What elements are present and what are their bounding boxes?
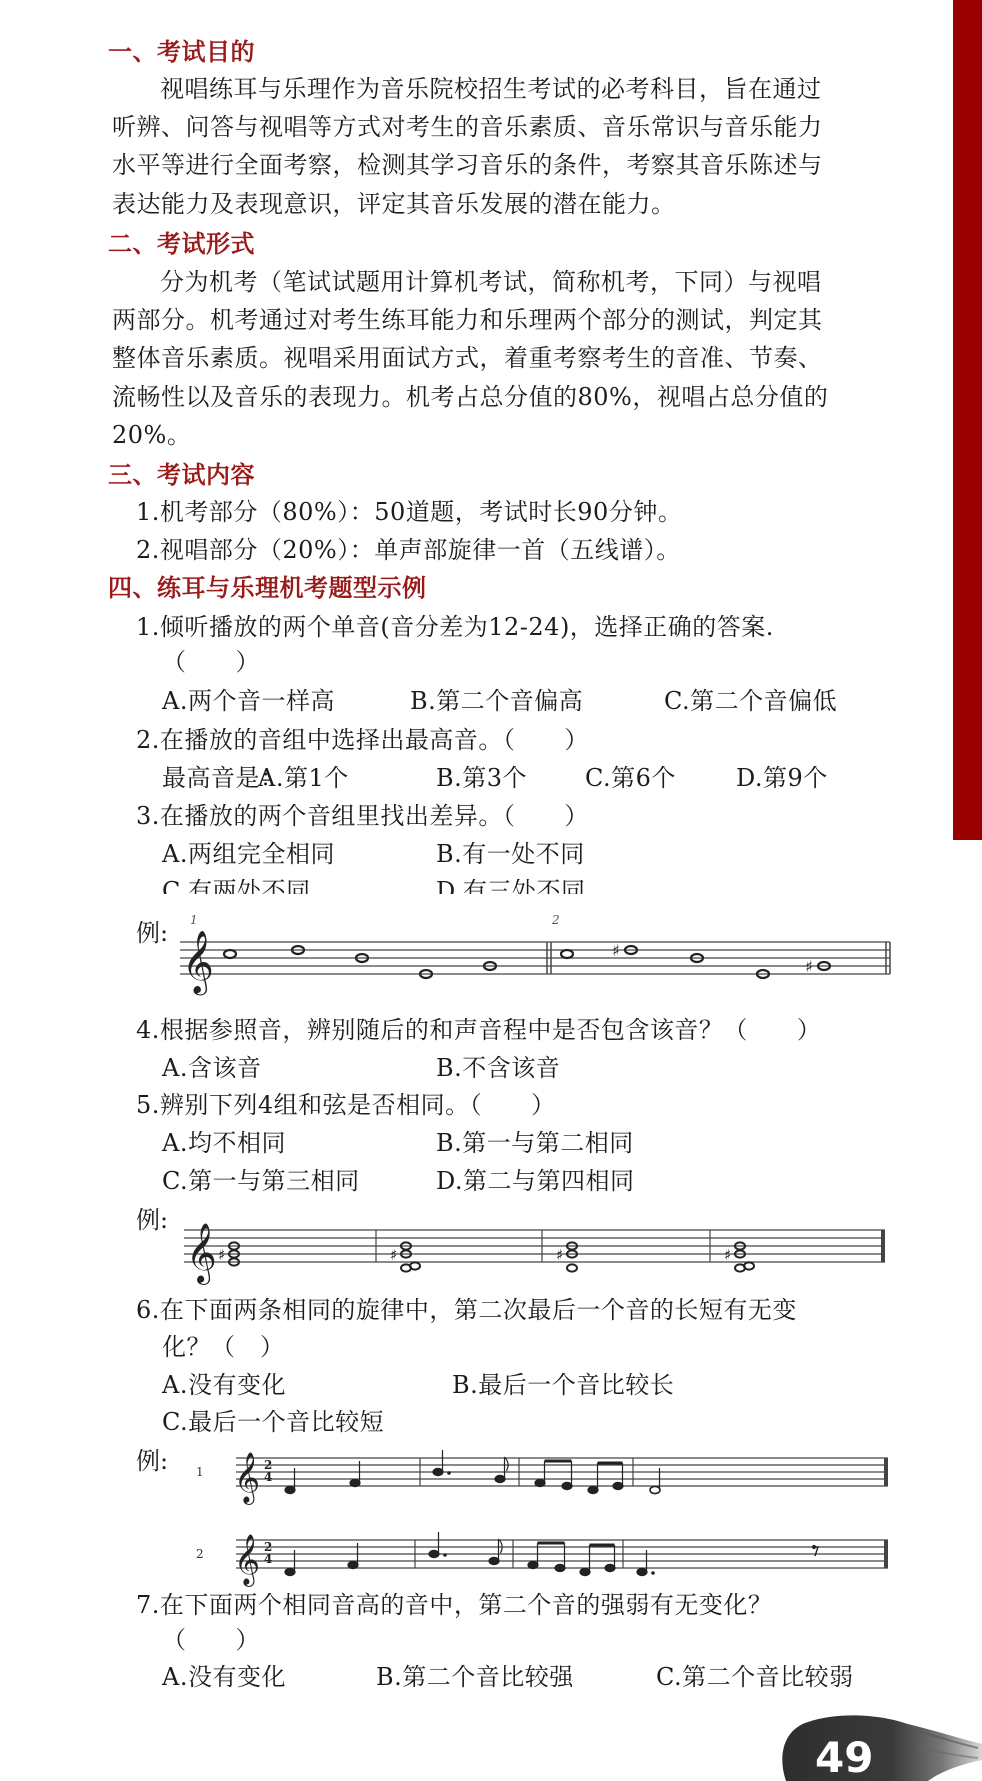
option-b: B.不含该音 — [436, 1053, 560, 1083]
paragraph-line: 整体音乐素质。视唱采用面试方式，着重考察考生的音准、节奏、 — [112, 343, 823, 373]
svg-text:2: 2 — [551, 913, 560, 927]
option-a: A.两个音一样高 — [162, 686, 335, 716]
option-b: B.第二个音偏高 — [410, 686, 583, 716]
section-heading-purpose: 一、考试目的 — [108, 37, 255, 67]
question-2: 2.在播放的音组中选择出最高音。（ ） — [136, 725, 589, 755]
ink-brush-decoration — [768, 1708, 982, 1781]
content-item: 2.视唱部分（20%）：单声部旋律一首（五线谱）。 — [136, 535, 681, 565]
paragraph-line: 分为机考（笔试试题用计算机考试，简称机考，下同）与视唱 — [160, 267, 822, 297]
sharp-icon: ♯ — [724, 1246, 731, 1264]
question-6-options-row2: C.最后一个音比较短 — [162, 1407, 862, 1437]
option-a: A.含该音 — [162, 1053, 261, 1083]
svg-text:2: 2 — [196, 1547, 204, 1561]
treble-clef-icon: 𝄞 — [234, 1452, 260, 1505]
rhythm-staves-q6: 1 2 𝄞 𝄞 24 24 — [190, 1440, 890, 1590]
page-number: 49 — [815, 1735, 873, 1781]
option-c: C.有两处不同 — [162, 876, 311, 894]
question-3-options-row2: C.有两处不同 D.有三处不同 — [162, 876, 862, 894]
answer-blank: （ ） — [162, 1625, 260, 1655]
option-c: C.第一与第三相同 — [162, 1166, 360, 1196]
sharp-icon: ♯ — [218, 1246, 225, 1264]
paragraph-line: 视唱练耳与乐理作为音乐院校招生考试的必考科目，旨在通过 — [160, 74, 822, 104]
question-1-options: A.两个音一样高 B.第二个音偏高 C.第二个音偏低 — [162, 686, 862, 716]
question-5-options-row1: A.均不相同 B.第一与第二相同 — [162, 1128, 862, 1158]
section-heading-examples: 四、练耳与乐理机考题型示例 — [108, 573, 427, 603]
paragraph-line: 听辨、问答与视唱等方式对考生的音乐素质、音乐常识与音乐能力 — [112, 112, 823, 142]
answer-blank: （ ） — [162, 647, 260, 677]
example-label: 例: — [136, 1205, 168, 1235]
question-1: 1.倾听播放的两个单音(音分差为12-24)，选择正确的答案. — [136, 612, 774, 642]
question-7: 7.在下面两个相同音高的音中，第二个音的强弱有无变化？ — [136, 1590, 772, 1620]
question-2-options: 最高音是： A.第1个 B.第3个 C.第6个 D.第9个 — [162, 763, 862, 793]
sharp-icon: ♯ — [612, 941, 620, 960]
question-4: 4.根据参照音，辨别随后的和声音程中是否包含该音？（ ） — [136, 1015, 821, 1045]
option-b: B.第一与第二相同 — [436, 1128, 634, 1158]
option-d: D.有三处不同 — [436, 876, 586, 894]
question-3-options-row1: A.两组完全相同 B.有一处不同 — [162, 839, 862, 869]
option-a: A.两组完全相同 — [162, 839, 335, 869]
option-a: A.均不相同 — [162, 1128, 286, 1158]
sharp-icon: ♯ — [556, 1246, 563, 1264]
option-c: C.第二个音比较弱 — [656, 1662, 854, 1692]
svg-text:1: 1 — [196, 1465, 204, 1479]
paragraph-line: 两部分。机考通过对考生练耳能力和乐理两个部分的测试，判定其 — [112, 305, 823, 335]
option-c: C.第二个音偏低 — [664, 686, 837, 716]
question-6-cont: 化？（ ） — [162, 1332, 285, 1362]
option-d: D.第9个 — [736, 763, 828, 793]
treble-clef-icon: 𝄞 — [186, 1223, 217, 1285]
question-6: 6.在下面两条相同的旋律中，第二次最后一个音的长短有无变 — [136, 1295, 797, 1325]
option-c: C.第6个 — [585, 763, 676, 793]
svg-text:4: 4 — [264, 1552, 272, 1566]
option-a: A.第1个 — [258, 763, 349, 793]
question-5-options-row2: C.第一与第三相同 D.第二与第四相同 — [162, 1166, 862, 1196]
option-b: B.最后一个音比较长 — [452, 1370, 674, 1400]
section-heading-format: 二、考试形式 — [108, 229, 255, 259]
option-b: B.有一处不同 — [436, 839, 585, 869]
treble-clef-icon: 𝄞 — [182, 930, 214, 996]
question-4-options: A.含该音 B.不含该音 — [162, 1053, 862, 1083]
question-7-options: A.没有变化 B.第二个音比较强 C.第二个音比较弱 — [162, 1662, 882, 1692]
svg-text:1: 1 — [190, 913, 198, 927]
section-heading-content: 三、考试内容 — [108, 460, 255, 490]
melody-staff-q3: 𝄞 1 2 ♯ ♯ — [160, 910, 900, 1000]
content-item: 1.机考部分（80%）：50道题，考试时长90分钟。 — [136, 497, 682, 527]
option-c: C.最后一个音比较短 — [162, 1407, 384, 1437]
option-a: A.没有变化 — [162, 1662, 286, 1692]
question-6-options-row1: A.没有变化 B.最后一个音比较长 — [162, 1370, 862, 1400]
sharp-icon: ♯ — [390, 1246, 397, 1264]
paragraph-line: 20%。 — [112, 420, 191, 450]
time-signature-bottom: 4 — [264, 1470, 272, 1484]
chord-staff-q5: 𝄞 ♯ ♯ ♯ ♯ — [170, 1210, 890, 1290]
paragraph-line: 表达能力及表现意识，评定其音乐发展的潜在能力。 — [112, 189, 676, 219]
treble-clef-icon: 𝄞 — [234, 1534, 260, 1587]
question-5: 5.辨别下列4组和弦是否相同。（ ） — [136, 1090, 556, 1120]
sharp-icon: ♯ — [805, 957, 813, 976]
question-3: 3.在播放的两个音组里找出差异。（ ） — [136, 801, 589, 831]
option-a: A.没有变化 — [162, 1370, 286, 1400]
example-label: 例: — [136, 1446, 168, 1476]
option-b: B.第二个音比较强 — [376, 1662, 574, 1692]
paragraph-line: 水平等进行全面考察，检测其学习音乐的条件，考察其音乐陈述与 — [112, 150, 823, 180]
paragraph-line: 流畅性以及音乐的表现力。机考占总分值的80%，视唱占总分值的 — [112, 382, 828, 412]
option-d: D.第二与第四相同 — [436, 1166, 635, 1196]
red-side-bar — [953, 0, 982, 840]
option-b: B.第3个 — [436, 763, 527, 793]
